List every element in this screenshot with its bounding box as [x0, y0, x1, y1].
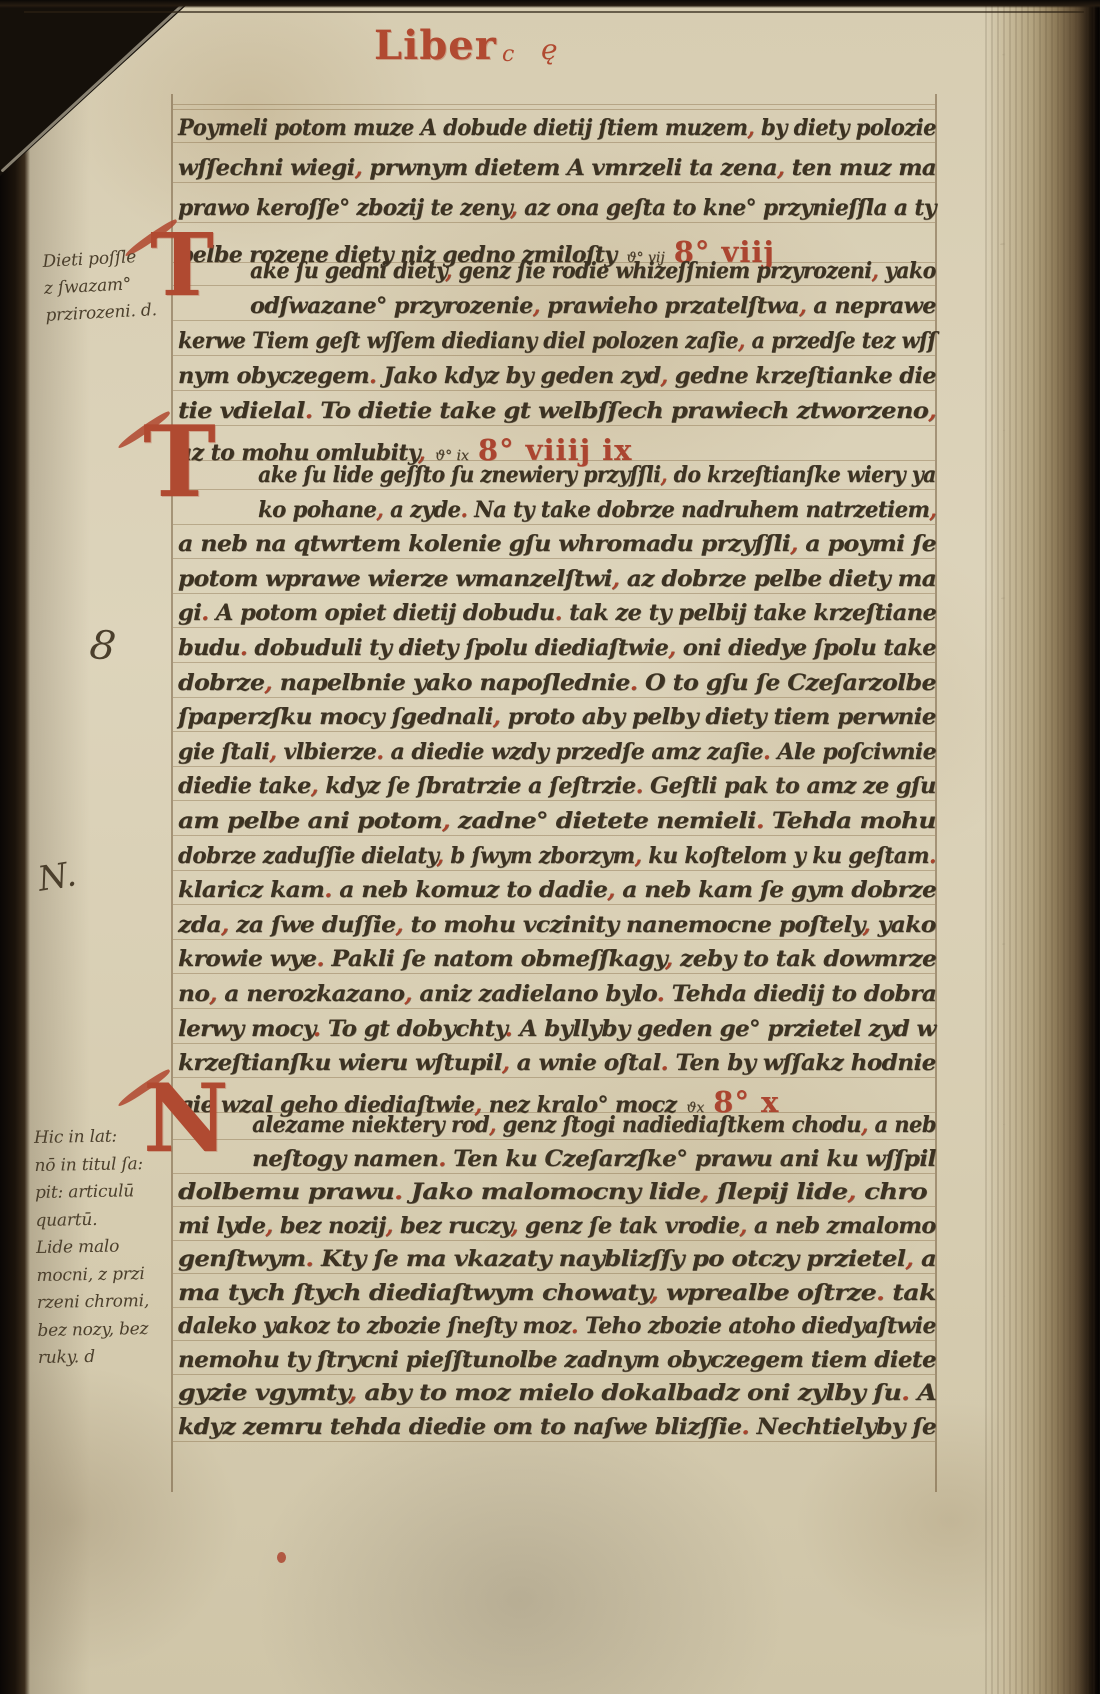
text-line: nym obyczegem. Jako kdyz by geden zyd, g… [178, 363, 936, 389]
note-hic: Hic in lat:nō in titul ſa:pit: articulūq… [34, 1123, 150, 1372]
text-line: gie ſtali, vlbierze. a diedie wzdy przed… [178, 739, 936, 765]
text-line: krzeſtianſku wieru wſtupil, a wnie oſtal… [178, 1050, 936, 1076]
text-line: tie vdielal. To dietie take gt welbſſech… [178, 398, 936, 424]
text-line: potom wprawe wierze wmanzelſtwi, az dobr… [178, 566, 936, 592]
text-line: prawo keroſſe° zbozij te zeny, az ona ge… [178, 195, 936, 221]
ruling-line [173, 524, 935, 525]
margin-note-line: N. [36, 857, 79, 897]
text-line: ma tych ſtych diediaſtwym chowaty, wprea… [178, 1280, 936, 1306]
text-line: am pelbe ani potom, zadne° dietete nemie… [178, 808, 936, 834]
ruling-line [173, 489, 935, 490]
margin-note-line: bez nozy, bez [37, 1316, 150, 1345]
margin-note-line: 8 [88, 625, 118, 668]
ruling-line [173, 1077, 935, 1078]
ruling-line [173, 1173, 935, 1174]
margin-note-line: nō in titul ſa: [34, 1151, 147, 1180]
text-line: ko pohane, a zyde. Na ty take dobrze nad… [258, 497, 936, 523]
ruling-line [173, 285, 935, 286]
ruling-line [173, 939, 935, 940]
ruling-line [173, 800, 935, 801]
ruling-line [173, 870, 935, 871]
ruling-line [173, 1307, 935, 1308]
text-line: mi lyde, bez nozij, bez ruczy, genz ſe t… [178, 1213, 936, 1239]
ruling-line [173, 904, 935, 905]
running-title: Liber [374, 22, 497, 69]
mark-n: N. [36, 857, 79, 897]
ruling-line [173, 222, 935, 223]
ruling-line [173, 1374, 935, 1375]
mark-8: 8 [88, 625, 118, 668]
text-line: budu. dobuduli ty diety ſpolu diediaſtwi… [178, 635, 936, 661]
text-line: a neb na qtwrtem kolenie gſu whromadu pr… [178, 531, 936, 557]
text-line: gi. A potom opiet dietij dobudu. tak ze … [178, 600, 936, 626]
text-line: genſtwym. Kty ſe ma vkazaty nayblizſſy p… [178, 1246, 936, 1272]
text-line: lerwy mocy. To gt dobychty. A byllyby ge… [178, 1016, 936, 1042]
ruling-line [173, 766, 935, 767]
ruling-line [173, 662, 935, 663]
ruling-line [173, 1273, 935, 1274]
ruling-line [173, 1240, 935, 1241]
margin-note-line: przirozeni. d. [45, 297, 158, 330]
margin-note-line: Lide malo [36, 1233, 149, 1262]
fore-edge-pages [985, 0, 1100, 1694]
text-line: ake ſu lide geſſto ſu znewiery przyſſli,… [258, 462, 936, 488]
manuscript-photo: Liber c ę Poymeli potom muze A dobude di… [0, 0, 1100, 1694]
text-line: ſpaperzſku mocy ſgednali, proto aby pelb… [178, 704, 936, 730]
text-line: kerwe Tiem geſt wſſem diediany diel polo… [178, 328, 936, 354]
text-line: zda, za ſwe duſſie, to mohu vczinity nan… [178, 912, 936, 938]
text-line: kdyz zemru tehda diedie om to naſwe bliz… [178, 1414, 936, 1440]
ruling-line [173, 1139, 935, 1140]
ruling-line [173, 973, 935, 974]
initial-letter: T [150, 232, 214, 301]
header-mark-c: c [502, 42, 514, 67]
ruling-line [173, 835, 935, 836]
ruling-line [173, 558, 935, 559]
ruling-line [173, 109, 935, 110]
ruling-line [173, 390, 935, 391]
initial-letter: T [143, 424, 216, 502]
ruling-line [173, 627, 935, 628]
margin-note-line: mocni, z przi [36, 1261, 149, 1290]
text-line: Poymeli potom muze A dobude dietij ſtiem… [178, 115, 936, 141]
text-line: dobrze zaduſſie dielaty, b ſwym zborzym,… [178, 843, 936, 869]
ruling-line [173, 142, 935, 143]
page-top-edge-line [24, 11, 1084, 13]
text-line: no, a nerozkazano, aniz zadielano bylo. … [178, 981, 936, 1007]
text-line: wſſechni wiegi, prwnym dietem A vmrzeli … [178, 155, 936, 181]
text-line: klaricz kam. a neb komuz to dadie, a neb… [178, 877, 936, 903]
text-line: gyzie vgymty, aby to moz mielo dokalbadz… [178, 1380, 936, 1406]
initial-letter: N [143, 1082, 229, 1157]
header-mark-e: ę [541, 33, 558, 66]
ruling-line [173, 1407, 935, 1408]
margin-note-line: ruky. d [38, 1343, 151, 1372]
text-line: daleko yakoz to zbozie ſneſty moz. Teho … [178, 1313, 936, 1339]
text-line: dolbemu prawu. Jako malomocny lide, ſlep… [178, 1179, 927, 1205]
text-line: odſwazane° przyrozenie, prawieho przatel… [250, 293, 936, 319]
text-line: alezame niektery rod, genz ſtogi nadiedi… [252, 1112, 936, 1138]
text-line: neſtogy namen. Ten ku Czeſarzſke° prawu … [252, 1146, 936, 1172]
book-gutter-shadow [0, 0, 30, 1694]
margin-note-line: rzeni chromi, [37, 1288, 150, 1317]
text-line: dobrze, napelbnie yako napoſlednie. O to… [178, 670, 936, 696]
ruling-line [173, 104, 935, 105]
ruling-line [173, 1008, 935, 1009]
ruling-line [173, 320, 935, 321]
ruling-line [173, 355, 935, 356]
margin-note-line: quartū. [35, 1206, 148, 1235]
ruling-line [173, 731, 935, 732]
red-dot-mark [277, 1552, 286, 1563]
margin-note-line: Hic in lat: [34, 1123, 147, 1152]
photo-top-edge [0, 0, 1100, 8]
ruling-line [173, 1340, 935, 1341]
ruling-line [173, 593, 935, 594]
text-line: ake ſu gedni diety, genz ſie rodie whize… [250, 258, 936, 284]
ruling-line [173, 1441, 935, 1442]
ruling-line [173, 425, 935, 426]
note-dieti: Dieti poſſlez ſwazam°przirozeni. d. [42, 243, 158, 330]
ruling-line [173, 1043, 935, 1044]
text-line: krowie wye. Pakli ſe natom obmeſſkagy, z… [178, 946, 936, 972]
ruling-line [173, 182, 935, 183]
ruling-line [173, 1206, 935, 1207]
ruling-line [173, 697, 935, 698]
margin-note-line: pit: articulū [35, 1178, 148, 1207]
text-line: nemohu ty ſtrycni pieſſtunolbe zadnym ob… [178, 1347, 936, 1373]
text-line: diedie take, kdyz ſe ſbratrzie a ſeſtrzi… [178, 773, 936, 799]
